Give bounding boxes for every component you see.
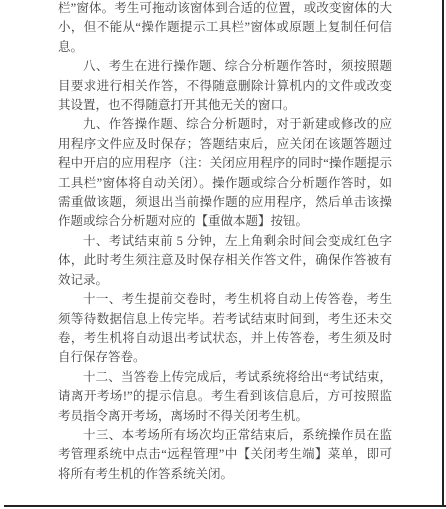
paragraph-clause-7-continuation: 栏”窗体。考生可拖动该窗体到合适的位置，或改变窗体的大小，但不能从“操作题提示工… bbox=[58, 0, 392, 57]
paragraph-clause-11: 十一、考生提前交卷时，考生机将自动上传答卷，考生须等待数据信息上传完毕。若考试结… bbox=[58, 290, 392, 368]
document-text: 栏”窗体。考生可拖动该窗体到合适的位置，或改变窗体的大小，但不能从“操作题提示工… bbox=[58, 0, 392, 484]
page-edge-right bbox=[442, 0, 444, 507]
paragraph-clause-10: 十、考试结束前 5 分钟，左上角剩余时间会变成红色字体，此时考生须注意及时保存相… bbox=[58, 232, 392, 290]
paragraph-clause-13: 十三、本考场所有场次均正常结束后，系统操作员在监考管理系统中点击“远程管理”中【… bbox=[58, 426, 392, 484]
paragraph-clause-12: 十二、当答卷上传完成后，考试系统将给出“考试结束，请离开考场!”的提示信息。考生… bbox=[58, 368, 392, 426]
document-page: 栏”窗体。考生可拖动该窗体到合适的位置，或改变窗体的大小，但不能从“操作题提示工… bbox=[0, 0, 446, 509]
page-edge-bottom bbox=[4, 505, 446, 507]
paragraph-clause-8: 八、考生在进行操作题、综合分析题作答时，须按照题目要求进行相关作答，不得随意删除… bbox=[58, 57, 392, 115]
paragraph-clause-9: 九、作答操作题、综合分析题时，对于新建或修改的应用程序文件应及时保存；答题结束后… bbox=[58, 115, 392, 231]
